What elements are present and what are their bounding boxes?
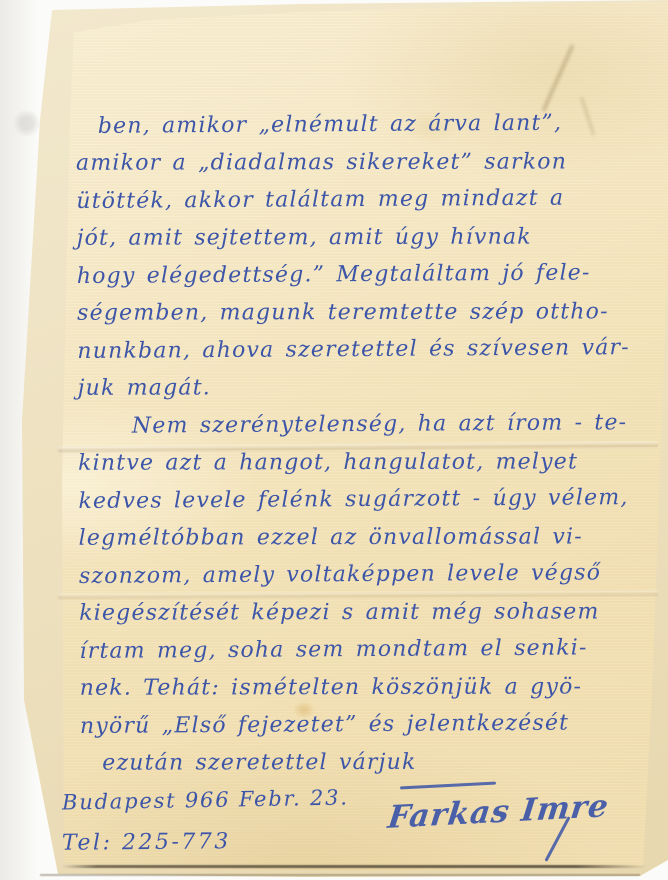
letter-line: hogy elégedettség.” Megtaláltam jó fele-: [77, 254, 649, 295]
letter-line-paragraph-start: Nem szerénytelenség, ha azt írom - te-: [132, 404, 650, 445]
letter-line: jót, amit sejtettem, amit úgy hívnak: [77, 218, 649, 257]
letter-line: nunkban, ahova szeretettel és szívesen v…: [77, 329, 649, 370]
place-date-line: Budapest 966 Febr. 23.: [62, 785, 349, 814]
letter-closing-line: ezután szeretettel várjuk: [102, 743, 652, 782]
letter-line: írtam meg, soha sem mondtam el senki-: [79, 629, 651, 670]
sheet-behind-edge: [40, 874, 640, 876]
letter-line: ütötték, akkor találtam meg mindazt a: [76, 179, 648, 220]
letter-line: ben, amikor „elnémult az árva lant”,: [98, 104, 648, 145]
letter-line: juk magát.: [78, 368, 650, 407]
paper-bottom-edge: [62, 865, 646, 868]
letter-line: nek. Tehát: ismételten köszönjük a gyö-: [80, 668, 652, 707]
letter-line: legméltóbban ezzel az önvallomással vi-: [79, 518, 651, 557]
letter-line: ségemben, magunk teremtette szép ottho-: [77, 293, 649, 332]
letter-body: ben, amikor „elnémult az árva lant”, ami…: [76, 104, 653, 783]
letter-line: kedves levele felénk sugárzott - úgy vél…: [78, 479, 650, 520]
letter-scan: ben, amikor „elnémult az árva lant”, ami…: [0, 0, 668, 880]
letter-line: nyörű „Első fejezetet” és jelentkezését: [80, 704, 652, 745]
letter-line: kintve azt a hangot, hangulatot, melyet: [78, 443, 650, 482]
letter-line: szonzom, amely voltaképpen levele végső: [79, 554, 651, 595]
letter-line: kiegészítését képezi s amit még sohasem: [79, 593, 651, 632]
letter-line: amikor a „diadalmas sikereket” sarkon: [76, 143, 648, 182]
phone-line: Tel: 225-773: [62, 829, 231, 855]
